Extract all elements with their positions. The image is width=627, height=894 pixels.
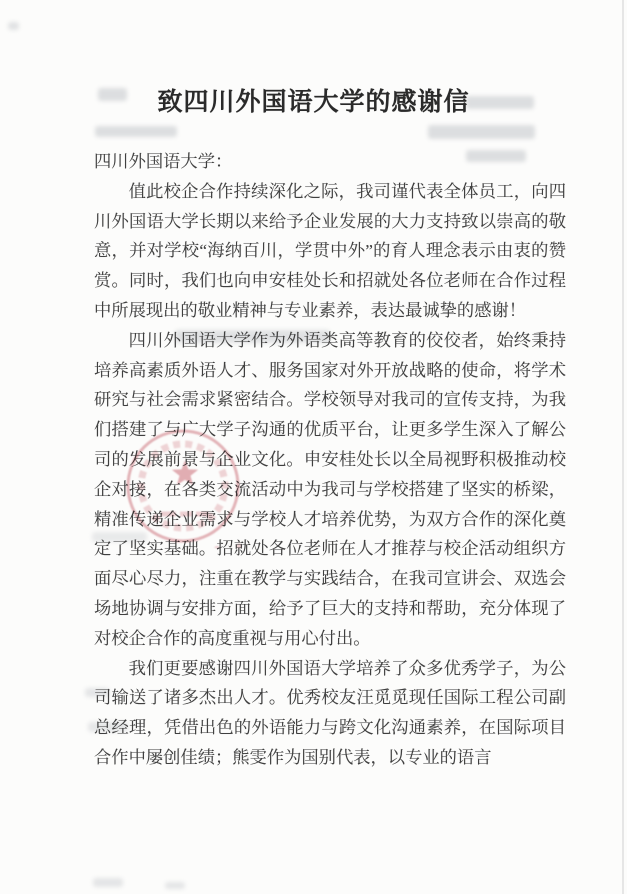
- letter-paragraph: 值此校企合作持续深化之际，我司谨代表全体员工，向四川外国语大学长期以来给予企业发…: [94, 177, 566, 326]
- scan-artifact: [165, 882, 185, 889]
- letter-paragraph: 四川外国语大学作为外语类高等教育的佼佼者，始终秉持培养高素质外语人才、服务国家对…: [94, 326, 566, 654]
- letter-title: 致四川外国语大学的感谢信: [0, 82, 627, 118]
- scan-artifact: [93, 878, 123, 887]
- letter-paragraph: 我们更要感谢四川外国语大学培养了众多优秀学子，为公司输送了诸多杰出人才。优秀校友…: [94, 654, 566, 773]
- scanned-letter-page: 致四川外国语大学的感谢信 四川外国语大学： 值此校企合作持续深化之际，我司谨代表…: [0, 0, 627, 894]
- scan-artifact: [95, 126, 177, 137]
- scan-artifact: [8, 22, 19, 30]
- salutation: 四川外国语大学：: [94, 147, 566, 177]
- scan-artifact: [428, 125, 535, 139]
- page-edge-shadow: [622, 0, 624, 894]
- letter-body: 四川外国语大学： 值此校企合作持续深化之际，我司谨代表全体员工，向四川外国语大学…: [94, 147, 566, 773]
